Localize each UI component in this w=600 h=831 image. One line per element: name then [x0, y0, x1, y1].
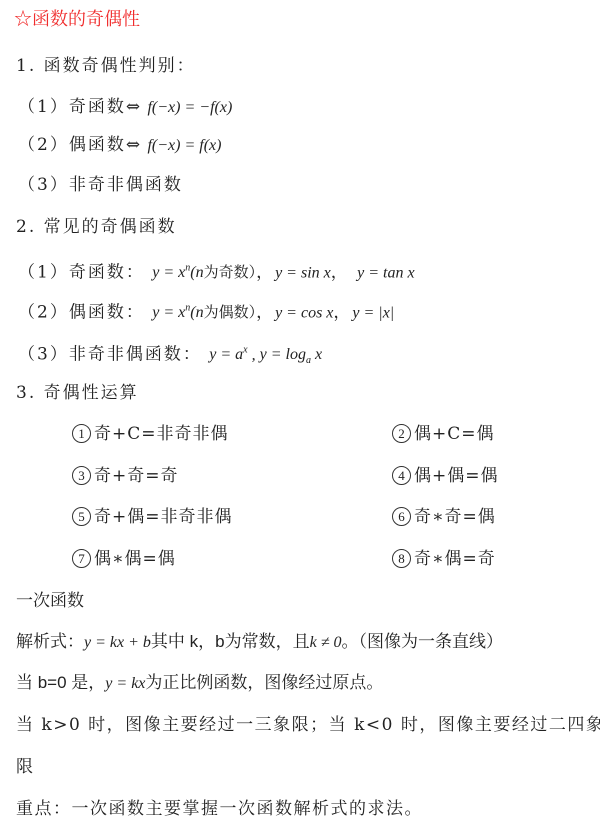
linear-function-heading: 一次函数 [16, 589, 84, 613]
key-point: 重点：一次函数主要掌握一次函数解析式的求法。 [16, 797, 423, 821]
parity-operation-5: 5奇+偶=非奇非偶 [72, 505, 233, 529]
quadrant-note: 当 k>0 时，图像主要经过一三象限；当 k<0 时，图像主要经过二四象 [16, 713, 600, 737]
page-title: ☆函数的奇偶性 [14, 8, 140, 32]
separator: , [248, 346, 260, 363]
linear-formula: y = kx + b [84, 634, 151, 651]
parity-operation-7: 7偶∗偶=偶 [72, 547, 176, 571]
proportional-formula: y = kx [105, 675, 145, 692]
parity-rule-neither: （3）非奇非偶函数 [18, 173, 183, 197]
parity-operation-8: 8奇∗偶=奇 [392, 547, 496, 571]
parity-rule-even: （2）偶函数⇔ f(−x) = f(x) [18, 133, 221, 158]
formula-cos: y = cos x [275, 304, 333, 321]
formula-power: y = xn(n为偶数） [152, 304, 256, 321]
quadrant-note-wrap: 限 [16, 755, 33, 779]
parity-operation-4: 4偶+偶=偶 [392, 464, 499, 488]
formula-exponential: y = ax [209, 346, 247, 363]
circled-number-icon: 3 [72, 466, 91, 485]
rule-label: （2）偶函数 [18, 135, 126, 155]
parity-operation-1: 1奇+C=非奇非偶 [72, 422, 229, 446]
item-label: （1）奇函数： [18, 262, 145, 282]
parity-operation-6: 6奇∗奇=偶 [392, 505, 496, 529]
common-odd-functions: （1）奇函数： y = xn(n为奇数），y = sin x， y = tan … [18, 257, 415, 285]
rule-label: （1）奇函数 [18, 97, 126, 117]
separator: ， [256, 302, 275, 322]
section-1-heading: 1. 函数奇偶性判别： [16, 54, 196, 78]
formula-power: y = xn(n为奇数） [152, 264, 256, 281]
item-label: （3）非奇非偶函数： [18, 344, 202, 364]
parity-operation-2: 2偶+C=偶 [392, 422, 495, 446]
common-even-functions: （2）偶函数： y = xn(n为偶数），y = cos x，y = |x| [18, 297, 394, 325]
equivalence-arrow-icon: ⇔ [126, 135, 140, 155]
common-neither-functions: （3）非奇非偶函数： y = ax , y = loga x [18, 339, 322, 374]
formula-tan: y = tan x [357, 264, 414, 281]
separator: ， [331, 262, 350, 282]
section-3-heading: 3. 奇偶性运算 [16, 381, 139, 405]
item-label: （2）偶函数： [18, 302, 145, 322]
rule-formula: f(−x) = f(x) [147, 137, 221, 154]
equivalence-arrow-icon: ⇔ [126, 97, 140, 117]
section-2-heading: 2. 常见的奇偶函数 [16, 215, 177, 239]
circled-number-icon: 2 [392, 424, 411, 443]
formula-sin: y = sin x [275, 264, 331, 281]
separator: ， [256, 262, 275, 282]
circled-number-icon: 4 [392, 466, 411, 485]
circled-number-icon: 8 [392, 549, 411, 568]
circled-number-icon: 7 [72, 549, 91, 568]
circled-number-icon: 6 [392, 507, 411, 526]
proportional-function-line: 当 b=0 是，y = kx为正比例函数，图像经过原点。 [16, 671, 383, 696]
parity-rule-odd: （1）奇函数⇔ f(−x) = −f(x) [18, 95, 232, 120]
formula-abs: y = |x| [352, 304, 394, 321]
circled-number-icon: 5 [72, 507, 91, 526]
rule-label: （3）非奇非偶函数 [18, 175, 183, 195]
rule-formula: f(−x) = −f(x) [147, 99, 232, 116]
circled-number-icon: 1 [72, 424, 91, 443]
formula-log: y = loga x [260, 346, 322, 363]
separator: ， [333, 302, 352, 322]
linear-function-formula-line: 解析式：y = kx + b其中 k，b为常数，且k ≠ 0。（图像为一条直线） [16, 630, 503, 655]
parity-operation-3: 3奇+奇=奇 [72, 464, 179, 488]
nonzero-condition: k ≠ 0 [310, 634, 342, 651]
